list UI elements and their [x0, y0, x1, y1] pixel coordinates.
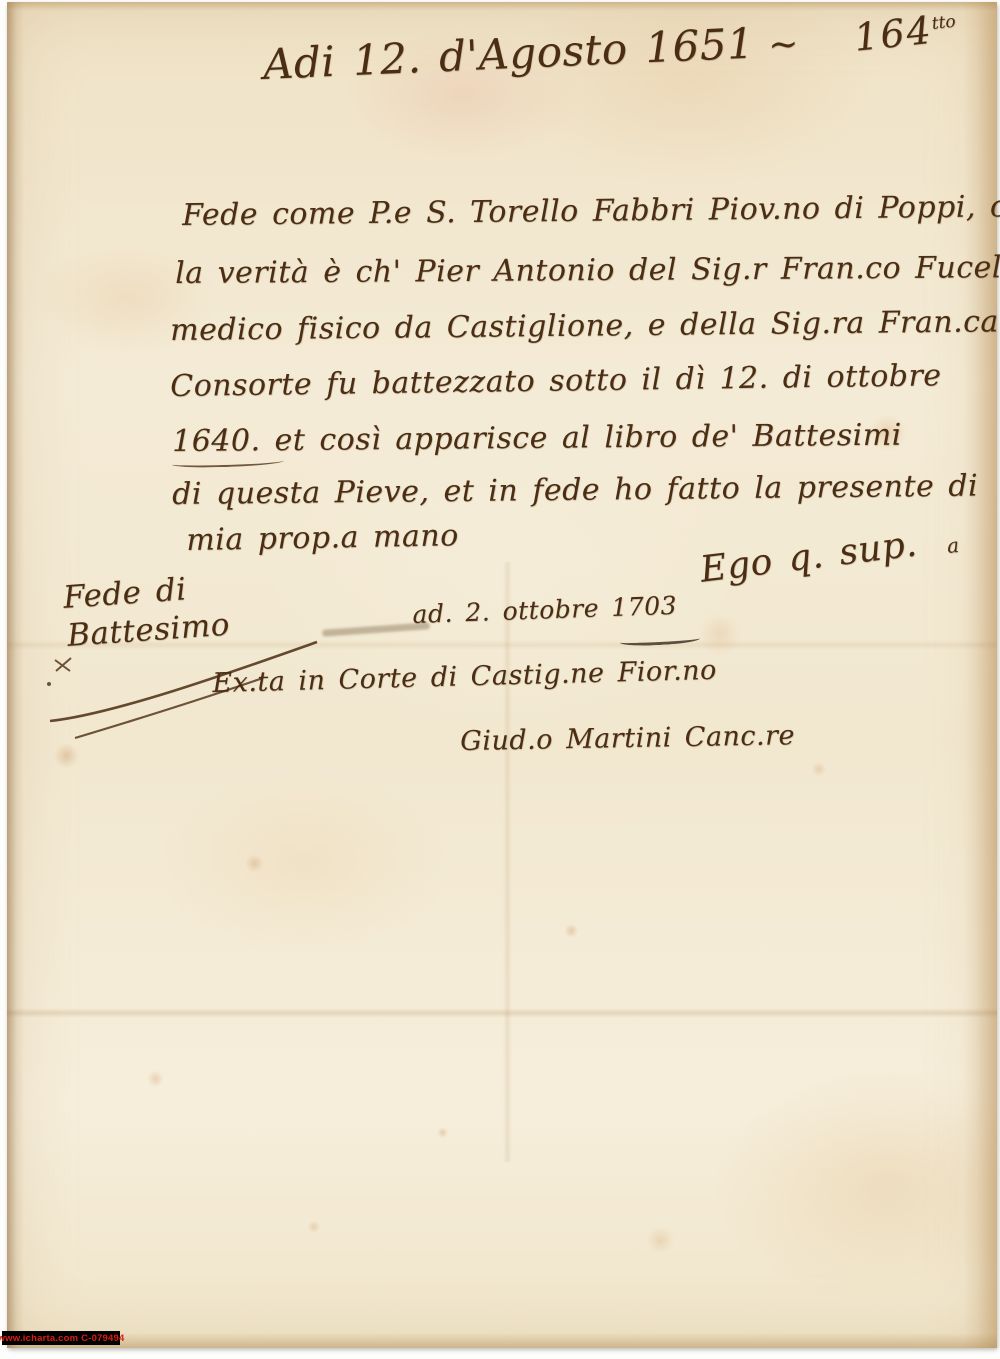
closing-signature-superscript: a [946, 533, 960, 558]
body-line: 1640. et così apparisce al libro de' Bat… [172, 418, 902, 459]
paper-edge-bottom [7, 1333, 997, 1348]
archive-watermark-label: www.icharta.com C-079494 [0, 1333, 124, 1344]
body-line: la verità è ch' Pier Antonio del Sig.r F… [175, 250, 1000, 291]
body-line: mia prop.a mano [186, 518, 459, 558]
fold-crease-vertical [503, 562, 512, 1162]
archive-watermark-bar: www.icharta.com C-079494 [2, 1331, 120, 1345]
clerk-signature: Giud.o Martini Canc.re [460, 720, 795, 757]
folio-number-suffix: tto [931, 12, 957, 34]
date-flourish: ~ [753, 24, 799, 67]
fold-crease-horizontal-main [7, 1008, 997, 1018]
paper-edge-left [7, 2, 24, 1348]
paper-edge-top [7, 2, 997, 11]
folio-number-value: 164 [852, 8, 935, 60]
scanned-document-canvas: 164tto Adi 12. d'Agosto 1651~ Fede come … [0, 0, 1000, 1359]
